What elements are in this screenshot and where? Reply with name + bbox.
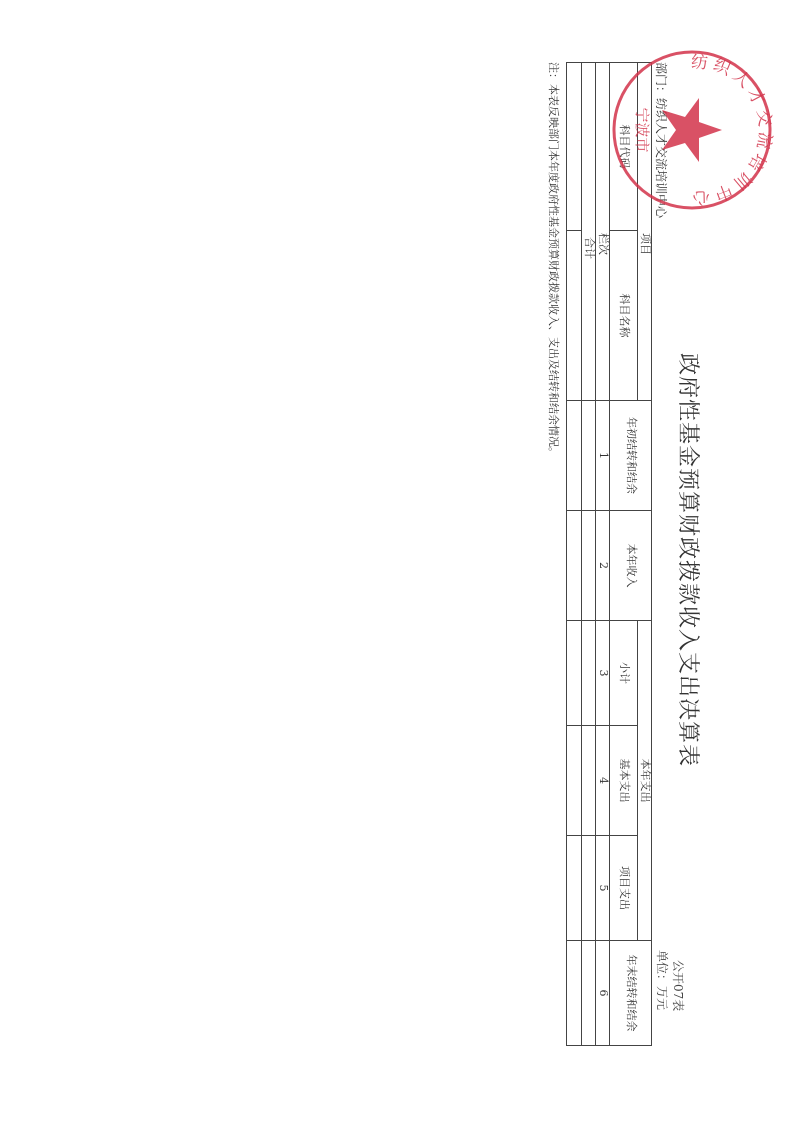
total-label: 合计: [582, 63, 596, 401]
header-project-expenditure: 项目支出: [610, 836, 638, 941]
department-label: 部门：纺织人才交流培训中心: [653, 62, 670, 218]
column-number: 4: [596, 726, 610, 836]
budget-table: 项目 年初结转和结余 本年收入 本年支出 年末结转和结余 科目代码 科目名称 小…: [566, 62, 652, 1046]
column-index-label: 栏次: [596, 63, 610, 401]
column-number: 5: [596, 836, 610, 941]
header-project: 项目: [638, 63, 652, 401]
svg-text:纺织人才交流培训中心: 纺织人才交流培训中心: [688, 53, 775, 208]
unit-label: 单位：万元: [654, 950, 671, 1010]
header-opening-balance: 年初结转和结余: [610, 401, 652, 511]
column-number: 6: [596, 941, 610, 1046]
rotated-page: 政府性基金预算财政拨款收入支出决算表 公开07表 单位：万元 部门：纺织人才交流…: [0, 0, 799, 1129]
total-cell: [582, 726, 596, 836]
form-number: 公开07表: [670, 960, 687, 1011]
header-current-income: 本年收入: [610, 511, 652, 621]
column-number: 2: [596, 511, 610, 621]
header-subject-name: 科目名称: [610, 231, 638, 401]
total-cell: [582, 511, 596, 621]
table-row-empty: [567, 63, 582, 1046]
total-cell: [582, 401, 596, 511]
footnote: 注：本表反映部门本年度政府性基金预算财政拨款收入、支出及结转和结余情况。: [546, 62, 562, 458]
total-cell: [582, 941, 596, 1046]
column-number: 3: [596, 621, 610, 726]
header-basic-expenditure: 基本支出: [610, 726, 638, 836]
column-number: 1: [596, 401, 610, 511]
total-cell: [582, 836, 596, 941]
page-title: 政府性基金预算财政拨款收入支出决算表: [674, 340, 705, 780]
header-current-expenditure: 本年支出: [638, 621, 652, 941]
total-cell: [582, 621, 596, 726]
header-subject-code: 科目代码: [610, 63, 638, 231]
table-row-total: 合计: [582, 63, 596, 1046]
header-subtotal: 小计: [610, 621, 638, 726]
header-closing-balance: 年末结转和结余: [610, 941, 652, 1046]
